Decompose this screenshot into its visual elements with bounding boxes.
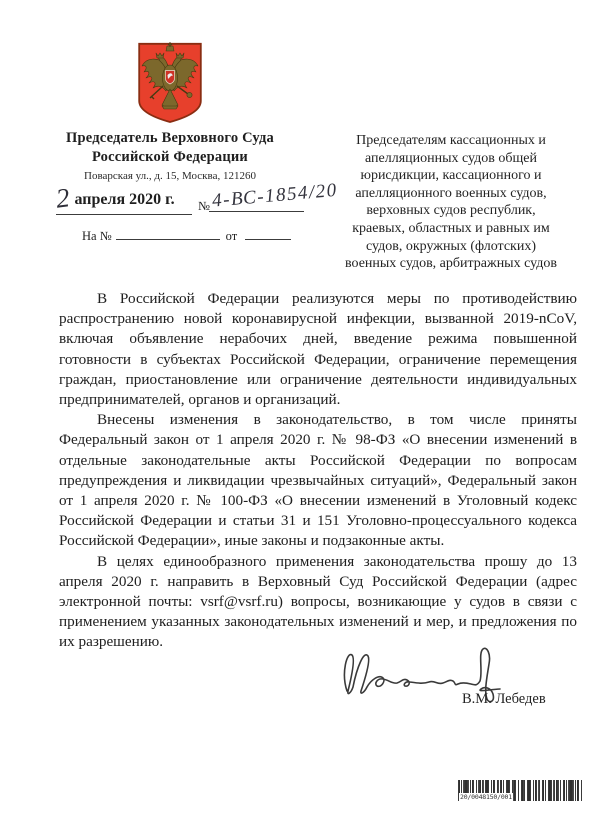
letter-document: Председатель Верховного Суда Российской … [0, 0, 590, 825]
addressee-line: апелляционных судов общей [325, 150, 577, 168]
ref-date-blank [245, 227, 291, 240]
addressee-line: краевых, областных и равных им [325, 220, 577, 238]
addressee-line: Председателям кассационных и [325, 132, 577, 150]
letter-body: В Российской Федерации реализуются меры … [59, 289, 577, 653]
sender-address: Поварская ул., д. 15, Москва, 121260 [38, 170, 302, 182]
handwritten-day: 2 [54, 184, 71, 212]
ref-number-blank [116, 227, 220, 240]
addressee-block: Председателям кассационных и апелляционн… [325, 132, 577, 273]
russian-coat-of-arms-icon [137, 42, 203, 124]
number-underline [209, 211, 304, 212]
signer-name: В.М. Лебедев [462, 691, 546, 708]
handwritten-document-number: 4-ВС-1854/20 [211, 179, 342, 212]
ref-label: На № [82, 229, 112, 243]
date-line: 2апреля 2020 г. [56, 185, 192, 215]
paragraph-measures: В Российской Федерации реализуются меры … [59, 289, 577, 410]
sender-title-line1: Председатель Верховного Суда [38, 129, 302, 148]
sender-title-line2: Российской Федерации [38, 148, 302, 167]
paragraph-legislation: Внесены изменения в законодательство, в … [59, 410, 577, 551]
paragraph-request: В целях единообразного применения законо… [59, 552, 577, 653]
addressee-line: юрисдикции, кассационного и [325, 167, 577, 185]
addressee-line: апелляционного военных судов, [325, 185, 577, 203]
reference-line: На №от [82, 227, 291, 244]
ref-from-label: от [226, 229, 238, 243]
addressee-line: верховных судов республик, [325, 202, 577, 220]
typed-date: апреля 2020 г. [75, 191, 175, 208]
addressee-line: судов, окружных (флотских) [325, 238, 577, 256]
sender-title: Председатель Верховного Суда Российской … [38, 129, 302, 166]
barcode-number: 20/0048150/001 [459, 793, 513, 801]
barcode-icon: 20/0048150/001 [458, 780, 582, 801]
addressee-line: военных судов, арбитражных судов [325, 255, 577, 273]
